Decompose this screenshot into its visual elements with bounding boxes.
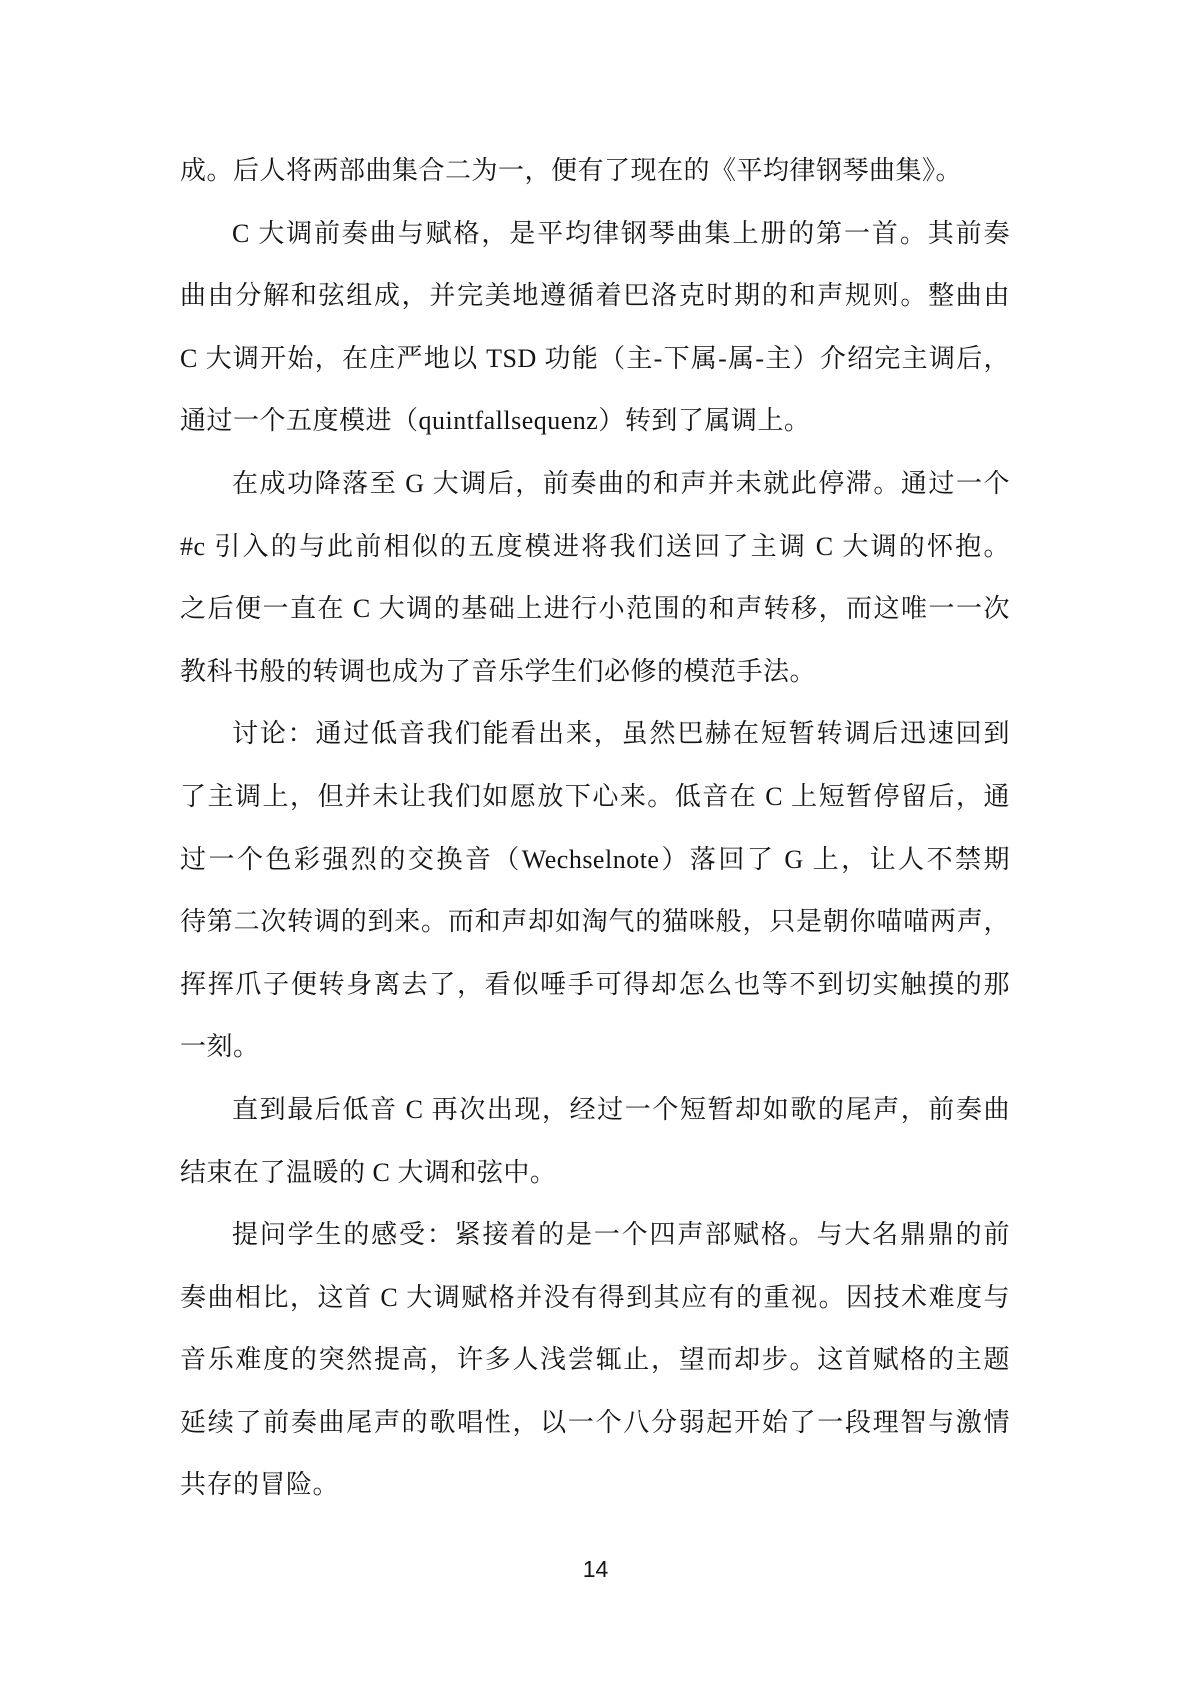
text-line: 挥挥爪子便转身离去了，看似唾手可得却怎么也等不到切实触摸的那 — [180, 954, 1010, 1017]
text-line: 过一个色彩强烈的交换音（Wechselnote）落回了 G 上，让人不禁期 — [180, 829, 1010, 892]
text-line: 成。后人将两部曲集合二为一，便有了现在的《平均律钢琴曲集》。 — [180, 140, 1010, 203]
text-line: C 大调开始，在庄严地以 TSD 功能（主-下属-属-主）介绍完主调后， — [180, 328, 1010, 391]
text-line: 讨论：通过低音我们能看出来，虽然巴赫在短暂转调后迅速回到 — [180, 703, 1010, 766]
page-text: 成。后人将两部曲集合二为一，便有了现在的《平均律钢琴曲集》。C 大调前奏曲与赋格… — [180, 140, 1010, 1517]
text-line: 了主调上，但并未让我们如愿放下心来。低音在 C 上短暂停留后，通 — [180, 766, 1010, 829]
text-line: 共存的冒险。 — [180, 1454, 1010, 1517]
text-line: 曲由分解和弦组成，并完美地遵循着巴洛克时期的和声规则。整曲由 — [180, 265, 1010, 328]
text-line: 通过一个五度模进（quintfallsequenz）转到了属调上。 — [180, 390, 1010, 453]
text-line: 结束在了温暖的 C 大调和弦中。 — [180, 1142, 1010, 1205]
text-line: 直到最后低音 C 再次出现，经过一个短暂却如歌的尾声，前奏曲 — [180, 1079, 1010, 1142]
text-line: 音乐难度的突然提高，许多人浅尝辄止，望而却步。这首赋格的主题 — [180, 1329, 1010, 1392]
text-line: 待第二次转调的到来。而和声却如淘气的猫咪般，只是朝你喵喵两声， — [180, 891, 1010, 954]
text-line: 延续了前奏曲尾声的歌唱性，以一个八分弱起开始了一段理智与激情 — [180, 1392, 1010, 1455]
text-line: 提问学生的感受：紧接着的是一个四声部赋格。与大名鼎鼎的前 — [180, 1204, 1010, 1267]
text-line: 在成功降落至 G 大调后，前奏曲的和声并未就此停滞。通过一个 — [180, 453, 1010, 516]
text-line: 教科书般的转调也成为了音乐学生们必修的模范手法。 — [180, 641, 1010, 704]
text-line: C 大调前奏曲与赋格，是平均律钢琴曲集上册的第一首。其前奏 — [180, 203, 1010, 266]
document-page: 成。后人将两部曲集合二为一，便有了现在的《平均律钢琴曲集》。C 大调前奏曲与赋格… — [0, 0, 1191, 1684]
text-line: 之后便一直在 C 大调的基础上进行小范围的和声转移，而这唯一一次 — [180, 578, 1010, 641]
text-line: 一刻。 — [180, 1016, 1010, 1079]
text-line: #c 引入的与此前相似的五度模进将我们送回了主调 C 大调的怀抱。 — [180, 516, 1010, 579]
text-line: 奏曲相比，这首 C 大调赋格并没有得到其应有的重视。因技术难度与 — [180, 1267, 1010, 1330]
page-number: 14 — [0, 1556, 1191, 1583]
